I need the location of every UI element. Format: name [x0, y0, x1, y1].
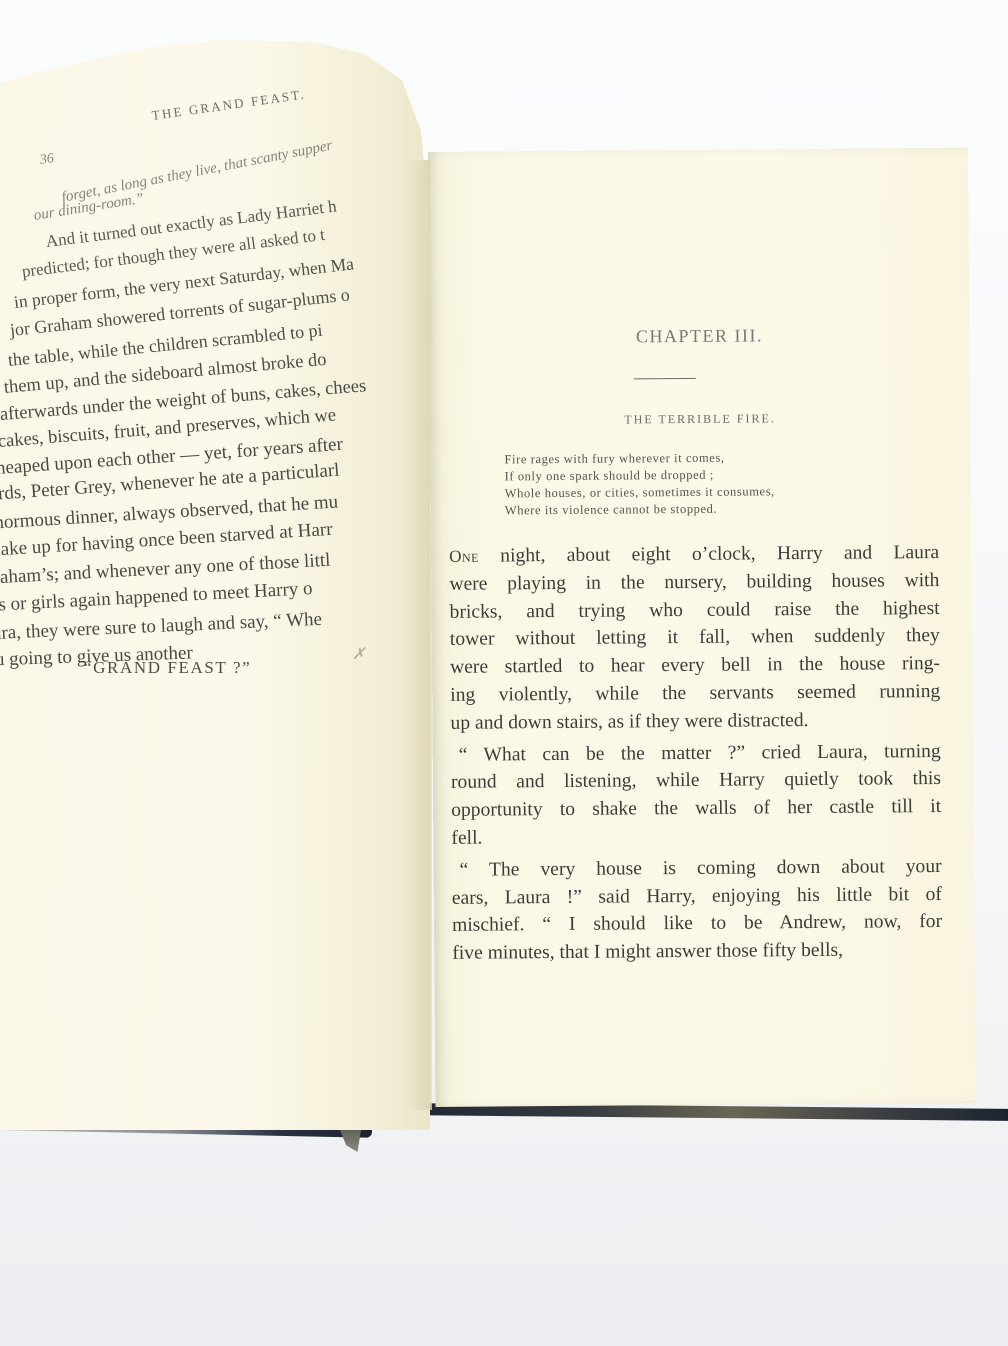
- page-number: 36: [39, 151, 55, 169]
- epigraph-line: Whole houses, or cities, sometimes it co…: [505, 483, 775, 502]
- body-line: were startled to hear every bell in the …: [450, 650, 940, 682]
- text-line: Laura, they were sure to laugh and say, …: [0, 609, 322, 646]
- chapter-title: CHAPTER III.: [429, 324, 969, 349]
- body-line: ears, Laura !” said Harry, enjoying his …: [452, 881, 942, 913]
- section-end-title: “GRAND FEAST ?”: [84, 658, 251, 678]
- body-line: five minutes, that I might answer those …: [452, 936, 942, 968]
- body-line: mischief. “ I should like to be Andrew, …: [452, 908, 942, 940]
- body-line: “ The very house is coming down about yo…: [452, 853, 942, 885]
- body-line: bricks, and trying who could raise the h…: [450, 595, 940, 627]
- right-page: CHAPTER III. THE TERRIBLE FIRE. Fire rag…: [428, 148, 975, 1107]
- running-head: THE GRAND FEAST.: [151, 86, 307, 123]
- epigraph-line: Where its violence cannot be stopped.: [505, 500, 775, 519]
- left-page-text: THE GRAND FEAST. 36 forget, as long as t…: [0, 0, 440, 760]
- book-photo: CHAPTER III. THE TERRIBLE FIRE. Fire rag…: [0, 0, 1008, 1346]
- drop-word: One: [449, 547, 479, 566]
- epigraph: Fire rages with fury wherever it comes, …: [504, 449, 775, 519]
- body-line: “ What can be the matter ?” cried Laura,…: [451, 738, 941, 770]
- body-line: ing violently, while the servants seemed…: [450, 678, 940, 710]
- body-line: round and listening, while Harry quietly…: [451, 765, 941, 797]
- chapter-divider: [634, 378, 696, 379]
- epigraph-line: Fire rages with fury wherever it comes,: [504, 449, 774, 468]
- body-line: One night, about eight o’clock, Harry an…: [449, 539, 939, 571]
- epigraph-line: If only one spark should be dropped ;: [504, 466, 774, 485]
- pencil-mark: ✗: [352, 644, 365, 664]
- body-line: were playing in the nursery, building ho…: [449, 567, 939, 599]
- chapter-body: One night, about eight o’clock, Harry an…: [449, 539, 942, 968]
- chapter-subtitle: THE TERRIBLE FIRE.: [430, 410, 970, 429]
- body-line: tower without letting it fall, when sudd…: [450, 622, 940, 654]
- body-line: fell.: [451, 821, 941, 853]
- body-line: opportunity to shake the walls of her ca…: [451, 793, 941, 825]
- body-line: up and down stairs, as if they were dist…: [450, 706, 940, 738]
